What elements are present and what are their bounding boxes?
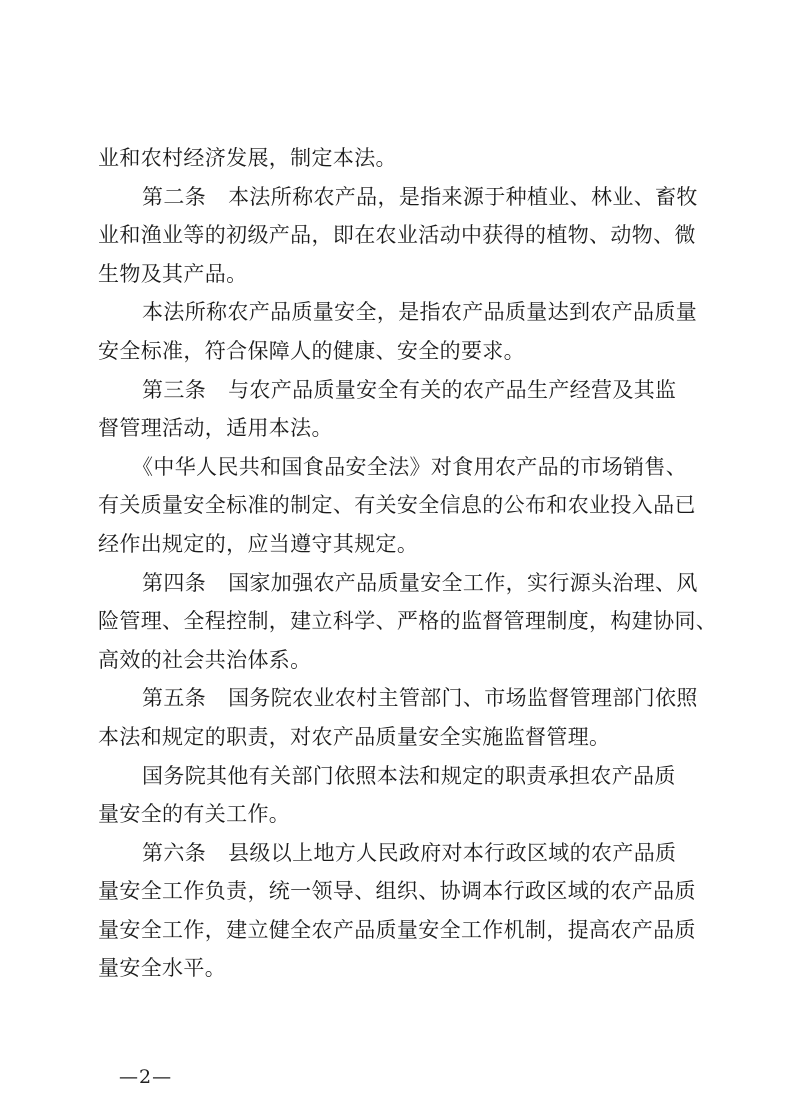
article-number: 第三条 (142, 378, 206, 402)
page-number: —2— (119, 1066, 172, 1088)
text-line: 本法和规定的职责，对农产品质量安全实施监督管理。 (98, 718, 690, 757)
line-text: 险管理、全程控制，建立科学、严格的监督管理制度，构建协同、 (98, 609, 717, 633)
line-text: 县级以上地方人民政府对本行政区域的农产品质 (228, 841, 676, 865)
line-text: 量安全的有关工作。 (98, 802, 290, 826)
line-text: 量安全水平。 (98, 956, 226, 980)
line-text: 业和农村经济发展，制定本法。 (98, 146, 397, 170)
text-line: 安全标准，符合保障人的健康、安全的要求。 (98, 332, 690, 371)
line-text: 量安全工作，建立健全农产品质量安全工作机制，提高农产品质 (98, 918, 696, 942)
document-body: 业和农村经济发展，制定本法。 第二条本法所称农产品，是指来源于种植业、林业、畜牧… (98, 139, 690, 988)
line-text: 国务院农业农村主管部门、市场监督管理部门依照 (228, 686, 698, 710)
line-text: 《中华人民共和国食品安全法》对食用农产品的市场销售、 (132, 455, 687, 479)
line-text: 国家加强农产品质量安全工作，实行源头治理、风 (228, 571, 698, 595)
text-line: 业和农村经济发展，制定本法。 (98, 139, 690, 178)
text-line: 量安全工作负责，统一领导、组织、协调本行政区域的农产品质 (98, 872, 690, 911)
line-text: 本法和规定的职责，对农产品质量安全实施监督管理。 (98, 725, 610, 749)
line-text: 生物及其产品。 (98, 262, 247, 286)
article-line: 第二条本法所称农产品，是指来源于种植业、林业、畜牧 (98, 178, 690, 217)
text-line: 经作出规定的，应当遵守其规定。 (98, 525, 690, 564)
line-text: 本法所称农产品，是指来源于种植业、林业、畜牧 (228, 185, 698, 209)
paragraph-line: 《中华人民共和国食品安全法》对食用农产品的市场销售、 (98, 448, 690, 487)
text-line: 生物及其产品。 (98, 255, 690, 294)
line-text: 业和渔业等的初级产品，即在农业活动中获得的植物、动物、微 (98, 223, 696, 247)
line-text: 安全标准，符合保障人的健康、安全的要求。 (98, 339, 525, 363)
text-line: 高效的社会共治体系。 (98, 641, 690, 680)
line-text: 与农产品质量安全有关的农产品生产经营及其监 (228, 378, 676, 402)
text-line: 有关质量安全标准的制定、有关安全信息的公布和农业投入品已 (98, 486, 690, 525)
line-text: 本法所称农产品质量安全，是指农产品质量达到农产品质量 (142, 300, 697, 324)
article-line: 第五条国务院农业农村主管部门、市场监督管理部门依照 (98, 679, 690, 718)
paragraph-line: 本法所称农产品质量安全，是指农产品质量达到农产品质量 (98, 293, 690, 332)
text-line: 量安全水平。 (98, 949, 690, 988)
article-line: 第六条县级以上地方人民政府对本行政区域的农产品质 (98, 834, 690, 873)
article-line: 第三条与农产品质量安全有关的农产品生产经营及其监 (98, 371, 690, 410)
text-line: 量安全工作，建立健全农产品质量安全工作机制，提高农产品质 (98, 911, 690, 950)
line-text: 经作出规定的，应当遵守其规定。 (98, 532, 418, 556)
text-line: 督管理活动，适用本法。 (98, 409, 690, 448)
article-line: 第四条国家加强农产品质量安全工作，实行源头治理、风 (98, 564, 690, 603)
paragraph-line: 国务院其他有关部门依照本法和规定的职责承担农产品质 (98, 757, 690, 796)
article-number: 第六条 (142, 841, 206, 865)
line-text: 量安全工作负责，统一领导、组织、协调本行政区域的农产品质 (98, 879, 696, 903)
text-line: 业和渔业等的初级产品，即在农业活动中获得的植物、动物、微 (98, 216, 690, 255)
line-text: 国务院其他有关部门依照本法和规定的职责承担农产品质 (142, 764, 676, 788)
document-page: 业和农村经济发展，制定本法。 第二条本法所称农产品，是指来源于种植业、林业、畜牧… (0, 0, 786, 1120)
text-line: 量安全的有关工作。 (98, 795, 690, 834)
line-text: 有关质量安全标准的制定、有关安全信息的公布和农业投入品已 (98, 493, 696, 517)
text-line: 险管理、全程控制，建立科学、严格的监督管理制度，构建协同、 (98, 602, 690, 641)
line-text: 督管理活动，适用本法。 (98, 416, 333, 440)
article-number: 第五条 (142, 686, 206, 710)
article-number: 第二条 (142, 185, 206, 209)
article-number: 第四条 (142, 571, 206, 595)
line-text: 高效的社会共治体系。 (98, 648, 312, 672)
